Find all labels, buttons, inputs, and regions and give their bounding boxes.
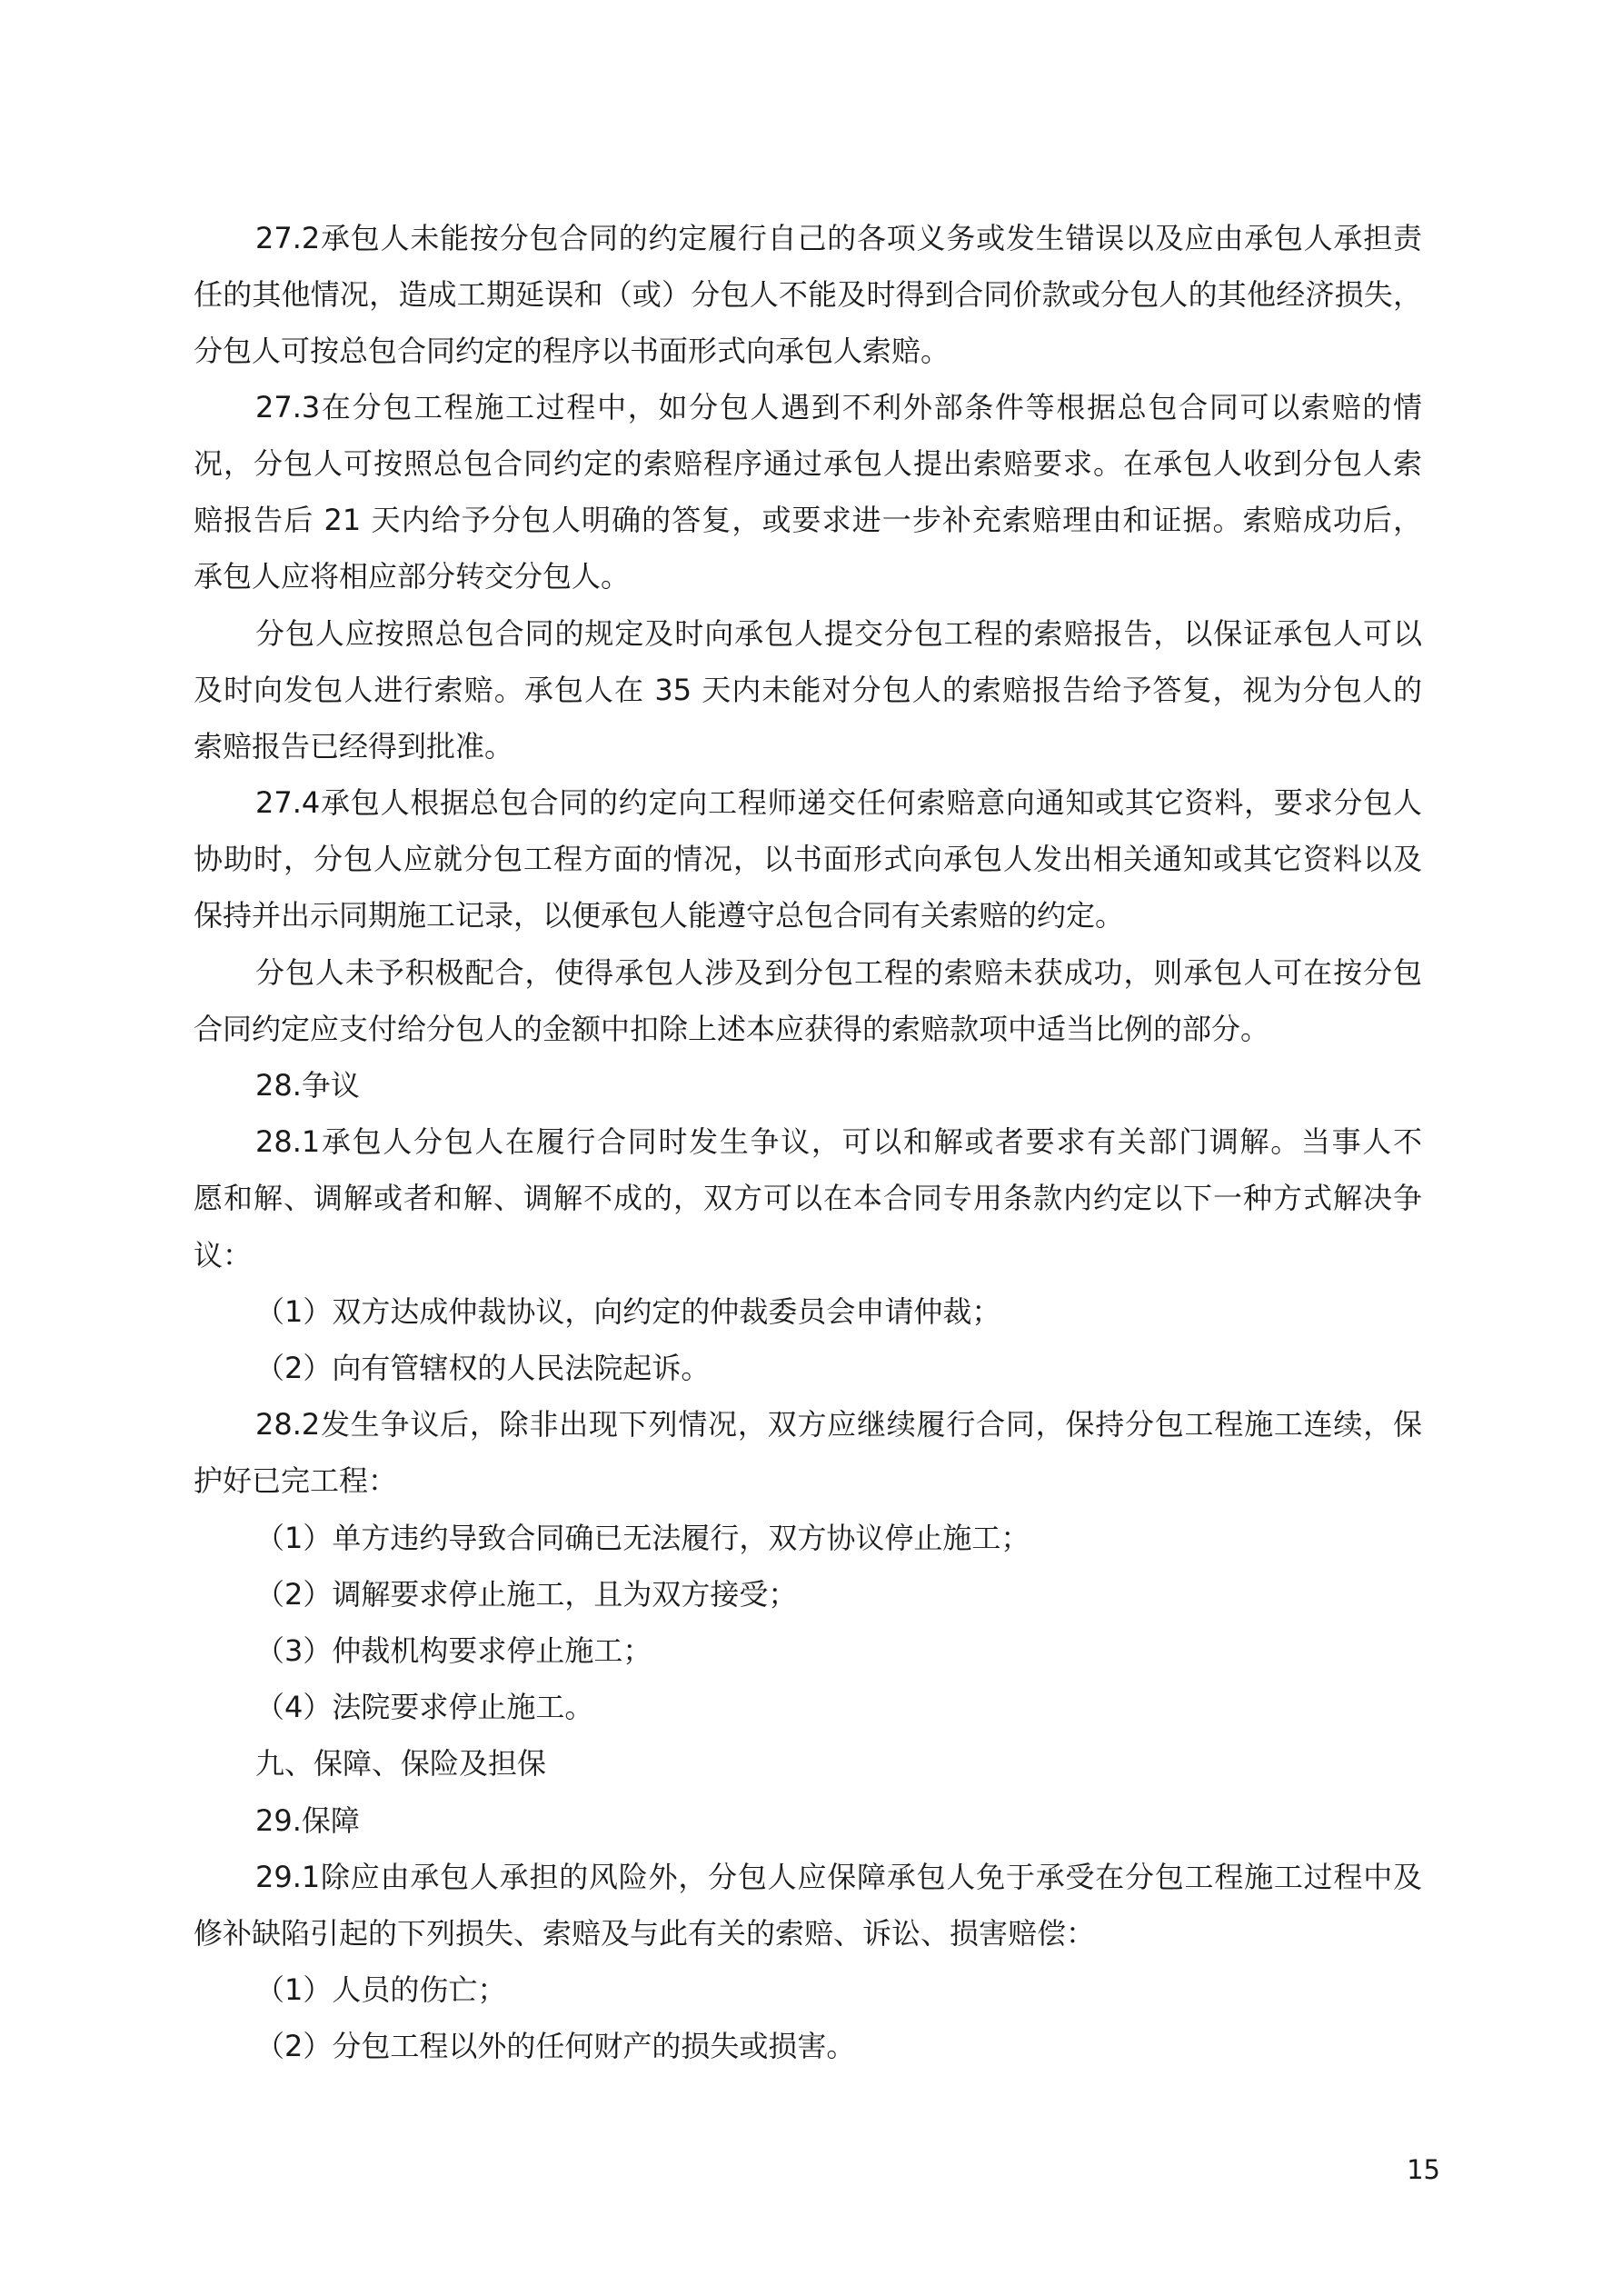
chapter-heading-9: 九、保障、保险及担保	[255, 1735, 1422, 1792]
document-page: 27.2承包人未能按分包合同的约定履行自己的各项义务或发生错误以及应由承包人承担…	[0, 0, 1622, 2296]
paragraph-claim-report-line-1: 分包人应按照总包合同的规定及时向承包人提交分包工程的索赔报告，以保证承包人可以	[255, 605, 1422, 662]
paragraph-27-2-line-2: 任的其他情况，造成工期延误和（或）分包人不能及时得到合同价款或分包人的其他经济损…	[194, 266, 1422, 323]
list-item-29-1-1: （1）人员的伤亡；	[255, 1962, 1422, 2018]
paragraph-cooperation-line-1: 分包人未予积极配合，使得承包人涉及到分包工程的索赔未获成功，则承包人可在按分包	[255, 944, 1422, 1001]
list-item-28-2-4: （4）法院要求停止施工。	[255, 1679, 1422, 1735]
paragraph-28-1-line-2: 愿和解、调解或者和解、调解不成的，双方可以在本合同专用条款内约定以下一种方式解决…	[194, 1170, 1422, 1226]
list-item-28-2-2: （2）调解要求停止施工，且为双方接受；	[255, 1566, 1422, 1622]
paragraph-29-1-line-2: 修补缺陷引起的下列损失、索赔及与此有关的索赔、诉讼、损害赔偿：	[194, 1905, 1422, 1962]
list-item-28-2-3: （3）仲裁机构要求停止施工；	[255, 1622, 1422, 1679]
paragraph-claim-report-line-2: 及时向发包人进行索赔。承包人在 35 天内未能对分包人的索赔报告给予答复，视为分…	[194, 662, 1422, 718]
paragraph-27-3-line-4: 承包人应将相应部分转交分包人。	[194, 548, 1422, 604]
list-item-29-1-2: （2）分包工程以外的任何财产的损失或损害。	[255, 2018, 1422, 2074]
paragraph-28-1-line-1: 28.1承包人分包人在履行合同时发生争议，可以和解或者要求有关部门调解。当事人不	[255, 1113, 1422, 1170]
paragraph-claim-report-line-3: 索赔报告已经得到批准。	[194, 718, 1422, 774]
paragraph-27-3-line-1: 27.3在分包工程施工过程中，如分包人遇到不利外部条件等根据总包合同可以索赔的情	[255, 379, 1422, 435]
list-item-28-1-1: （1）双方达成仲裁协议，向约定的仲裁委员会申请仲裁；	[255, 1283, 1422, 1340]
section-heading-29: 29.保障	[255, 1792, 1422, 1849]
page-number: 15	[1395, 2147, 1440, 2192]
paragraph-27-2-line-1: 27.2承包人未能按分包合同的约定履行自己的各项义务或发生错误以及应由承包人承担…	[255, 210, 1422, 266]
list-item-28-1-2: （2）向有管辖权的人民法院起诉。	[255, 1340, 1422, 1396]
paragraph-cooperation-line-2: 合同约定应支付给分包人的金额中扣除上述本应获得的索赔款项中适当比例的部分。	[194, 1001, 1422, 1057]
paragraph-27-4-line-3: 保持并出示同期施工记录，以便承包人能遵守总包合同有关索赔的约定。	[194, 887, 1422, 943]
paragraph-27-4-line-2: 协助时，分包人应就分包工程方面的情况，以书面形式向承包人发出相关通知或其它资料以…	[194, 831, 1422, 887]
paragraph-27-3-line-2: 况，分包人可按照总包合同约定的索赔程序通过承包人提出索赔要求。在承包人收到分包人…	[194, 435, 1422, 492]
paragraph-27-4-line-1: 27.4承包人根据总包合同的约定向工程师递交任何索赔意向通知或其它资料，要求分包…	[255, 774, 1422, 831]
list-item-28-2-1: （1）单方违约导致合同确已无法履行，双方协议停止施工；	[255, 1510, 1422, 1566]
paragraph-29-1-line-1: 29.1除应由承包人承担的风险外，分包人应保障承包人免于承受在分包工程施工过程中…	[255, 1849, 1422, 1905]
paragraph-27-3-line-3: 赔报告后 21 天内给予分包人明确的答复，或要求进一步补充索赔理由和证据。索赔成…	[194, 492, 1422, 548]
paragraph-28-2-line-2: 护好已完工程：	[194, 1452, 1422, 1509]
paragraph-28-2-line-1: 28.2发生争议后，除非出现下列情况，双方应继续履行合同，保持分包工程施工连续，…	[255, 1396, 1422, 1452]
section-heading-28: 28.争议	[255, 1057, 1422, 1113]
paragraph-27-2-line-3: 分包人可按总包合同约定的程序以书面形式向承包人索赔。	[194, 323, 1422, 379]
paragraph-28-1-line-3: 议：	[194, 1227, 1422, 1283]
